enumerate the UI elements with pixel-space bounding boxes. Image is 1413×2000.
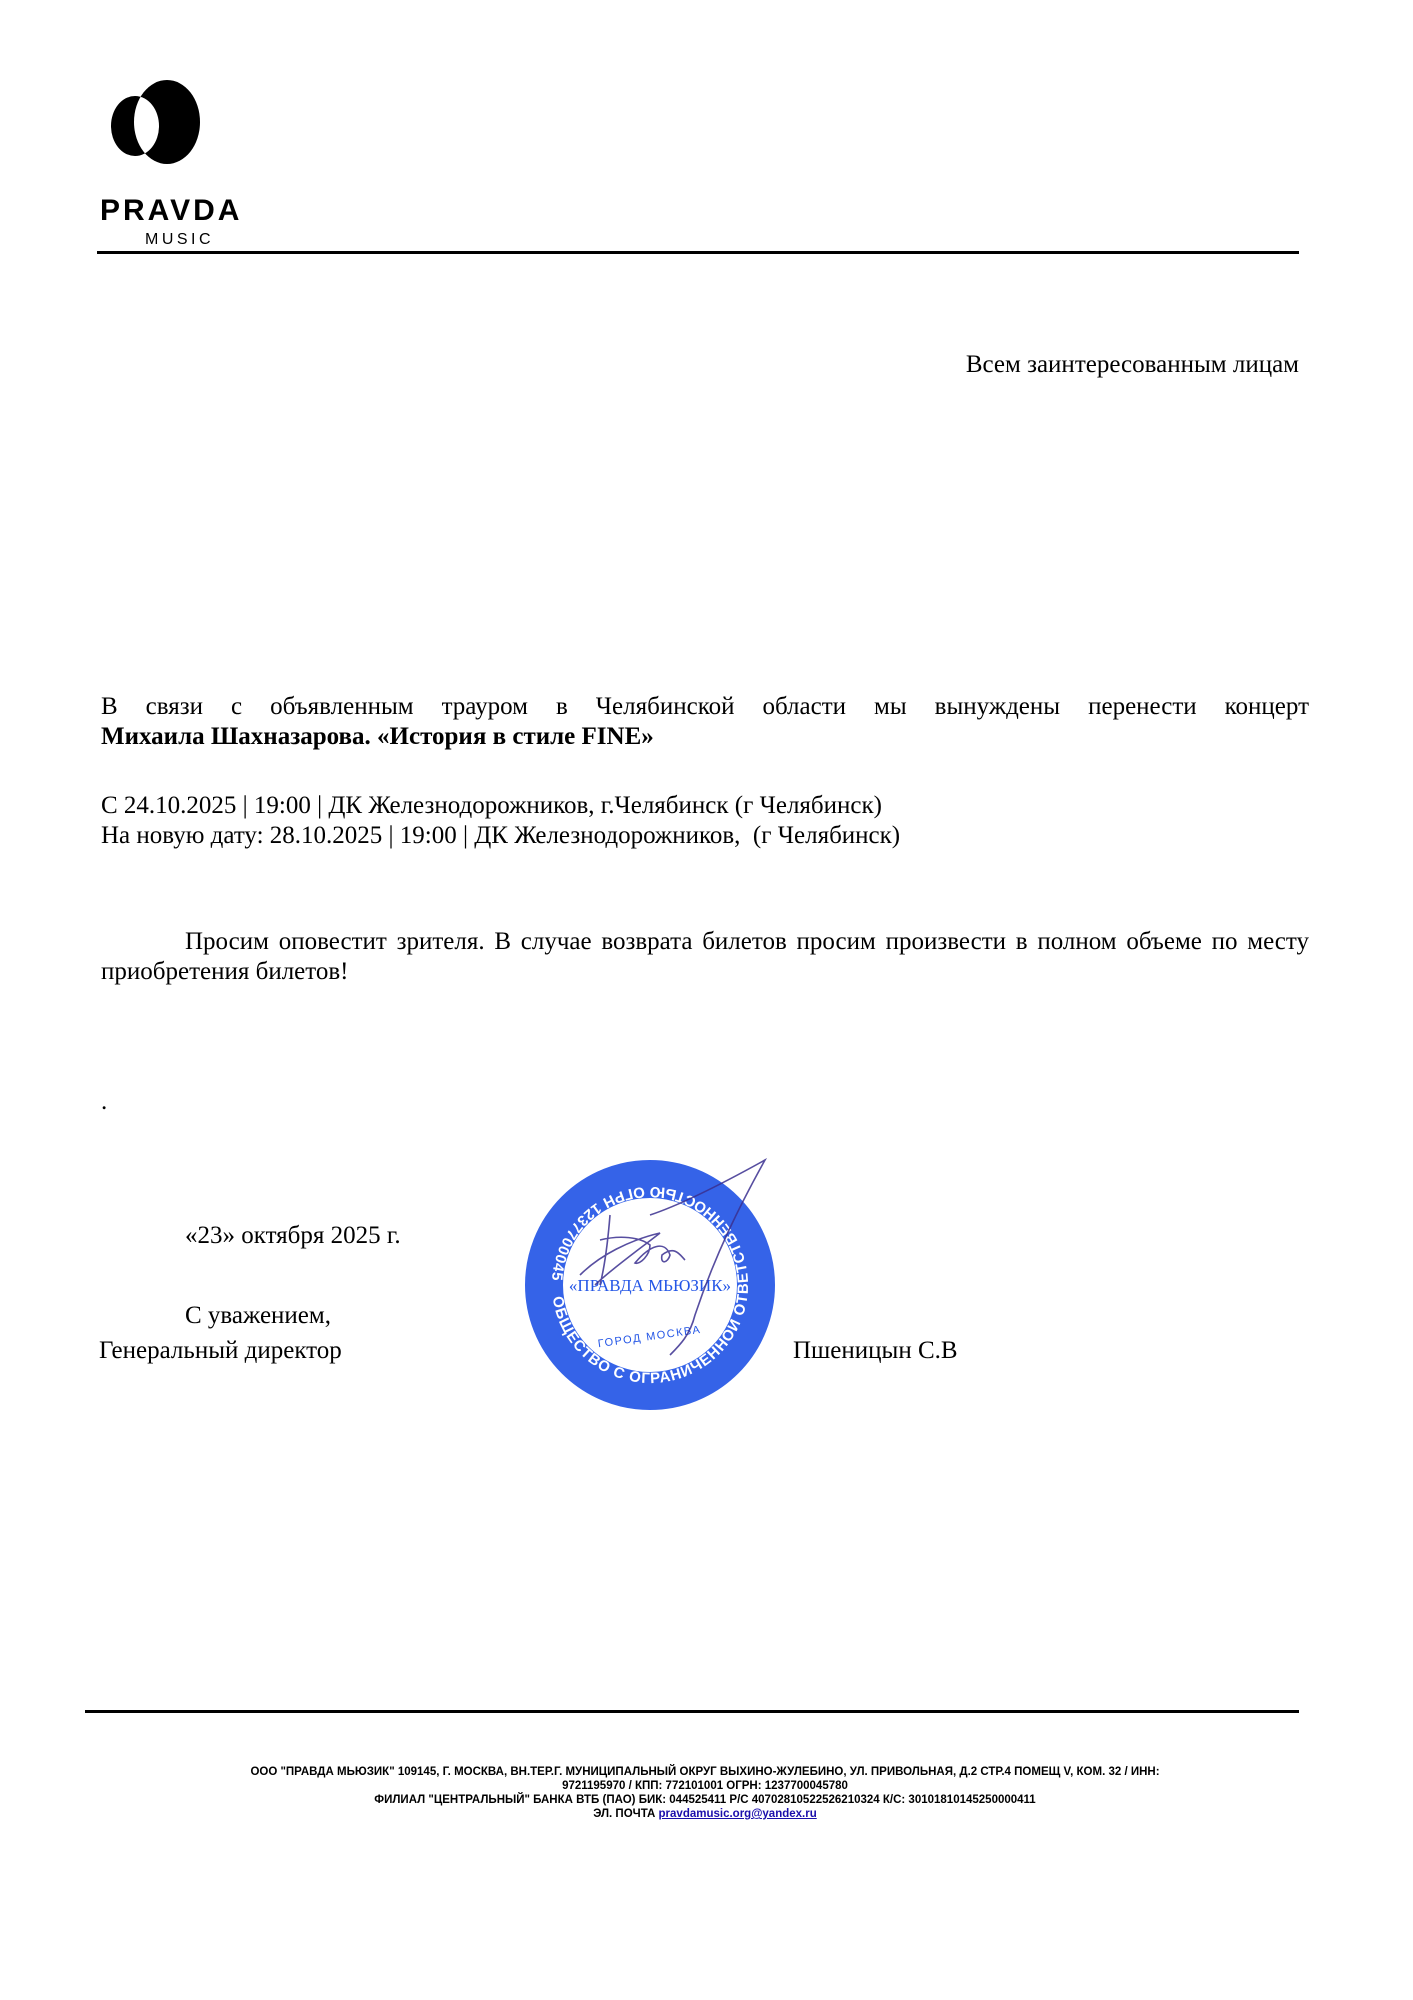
email-label: ЭЛ. ПОЧТА: [593, 1808, 658, 1820]
footer-divider: [85, 1710, 1299, 1713]
company-stamp-icon: ОБЩЕСТВО С ОГРАНИЧЕННОЙ ОТВЕТСТВЕННОСТЬЮ…: [500, 1145, 800, 1425]
regards: С уважением,: [185, 1301, 331, 1331]
footer-email-line: ЭЛ. ПОЧТА pravdamusic.org@yandex.ru: [90, 1807, 1320, 1821]
addressee: Всем заинтересованным лицам: [966, 350, 1299, 380]
request-paragraph: Просим оповестит зрителя. В случае возвр…: [101, 927, 1309, 987]
announcement-text: В связи с объявленным трауром в Челябинс…: [101, 692, 1309, 722]
concert-title: Михаила Шахназарова. «История в стиле FI…: [101, 723, 654, 750]
header-divider: [97, 251, 1299, 254]
logo-wordmark: PRAVDA: [100, 195, 242, 227]
stray-dot: .: [101, 1087, 107, 1117]
footer-bank-details: ФИЛИАЛ "ЦЕНТРАЛЬНЫЙ" БАНКА ВТБ (ПАО) БИК…: [90, 1793, 1320, 1807]
announcement-paragraph: В связи с объявленным трауром в Челябинс…: [101, 692, 1309, 752]
logo-subtitle: MUSIC: [145, 231, 214, 249]
footer-tax-ids: 9721195970 / КПП: 772101001 ОГРН: 123770…: [90, 1779, 1320, 1793]
date-change-block: С 24.10.2025 | 19:00 | ДК Железнодорожни…: [101, 791, 900, 851]
email-link[interactable]: pravdamusic.org@yandex.ru: [659, 1808, 817, 1820]
footer-requisites: ООО "ПРАВДА МЬЮЗИК" 109145, Г. МОСКВА, В…: [90, 1765, 1320, 1821]
old-date-line: С 24.10.2025 | 19:00 | ДК Железнодорожни…: [101, 792, 882, 819]
letter-date: «23» октября 2025 г.: [185, 1221, 401, 1251]
signer-position: Генеральный директор: [99, 1336, 342, 1366]
new-date-line: На новую дату: 28.10.2025 | 19:00 | ДК Ж…: [101, 822, 900, 849]
stamp-center-text: «ПРАВДА МЬЮЗИК»: [569, 1276, 731, 1295]
footer-address: ООО "ПРАВДА МЬЮЗИК" 109145, Г. МОСКВА, В…: [90, 1765, 1320, 1779]
signer-name: Пшеницын С.В: [793, 1336, 958, 1366]
request-text: Просим оповестит зрителя. В случае возвр…: [101, 928, 1309, 985]
